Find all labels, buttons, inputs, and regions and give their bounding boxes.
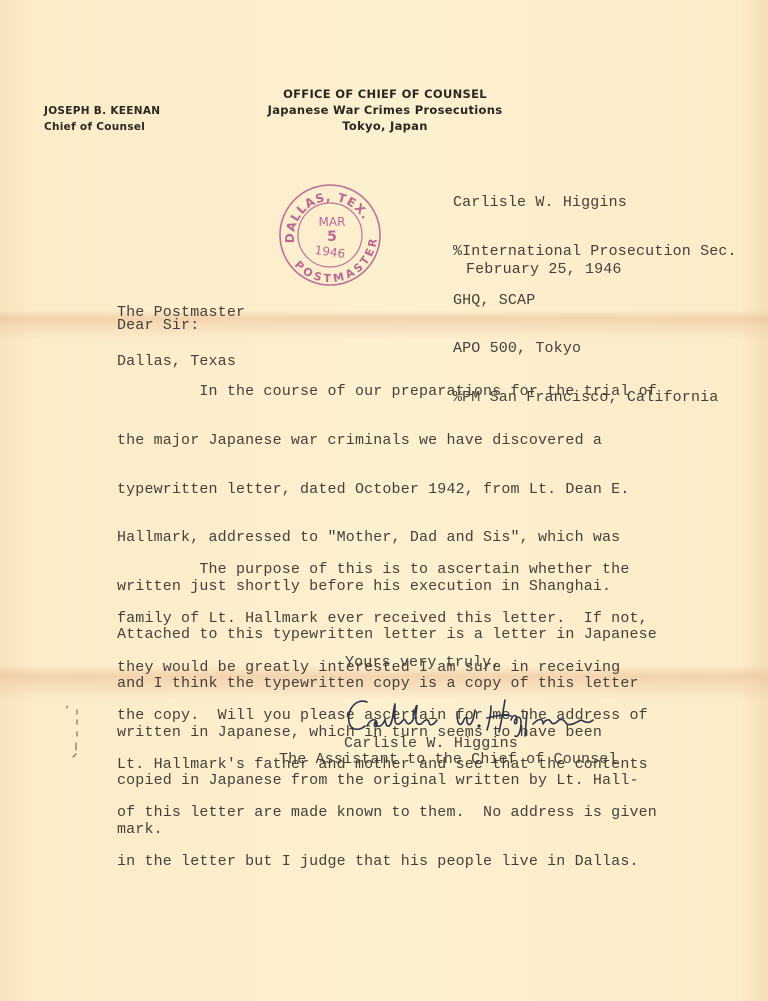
office-location: Tokyo, Japan [240,118,530,134]
sender-line: %International Prosecution Sec. [453,244,737,260]
chief-title: Chief of Counsel [44,119,160,135]
postmark-stamp: DALLAS, TEX. POSTMASTER MAR 5 1946 [275,180,385,290]
svg-text:MAR: MAR [319,215,346,229]
signature-icon [345,690,635,740]
body-line: family of Lt. Hallmark ever received thi… [117,611,657,627]
signer-name: Carlisle W. Higgins [344,736,518,752]
margin-ink-mark [60,700,90,770]
body-line: the major Japanese war criminals we have… [117,433,657,449]
sender-line: GHQ, SCAP [453,293,737,309]
svg-text:DALLAS, TEX.: DALLAS, TEX. [275,180,374,247]
body-line: typewritten letter, dated October 1942, … [117,482,657,498]
svg-text:5: 5 [327,229,337,245]
closing: Yours very truly, [345,655,501,671]
body-line: of this letter are made known to them. N… [117,805,657,821]
body-line: In the course of our preparations for th… [117,384,657,400]
body-line: The purpose of this is to ascertain whet… [117,562,657,578]
salutation: Dear Sir: [117,318,199,334]
body-line: in the letter but I judge that his peopl… [117,854,657,870]
handwritten-signature [345,690,635,740]
letterhead-chief-block: JOSEPH B. KEENAN Chief of Counsel [44,103,160,135]
letterhead-office-block: OFFICE OF CHIEF OF COUNSEL Japanese War … [240,86,530,134]
signer-title: The Assistant to the Chief of Counsel [279,752,618,768]
office-name: OFFICE OF CHIEF OF COUNSEL [240,86,530,102]
postmark-stamp-icon: DALLAS, TEX. POSTMASTER MAR 5 1946 [275,180,385,290]
svg-text:POSTMASTER: POSTMASTER [290,233,385,290]
svg-text:1946: 1946 [314,243,346,261]
office-division: Japanese War Crimes Prosecutions [240,102,530,118]
letter-date: February 25, 1946 [466,262,622,278]
chief-name: JOSEPH B. KEENAN [44,103,160,119]
sender-line: Carlisle W. Higgins [453,195,737,211]
margin-mark-icon [60,700,90,770]
